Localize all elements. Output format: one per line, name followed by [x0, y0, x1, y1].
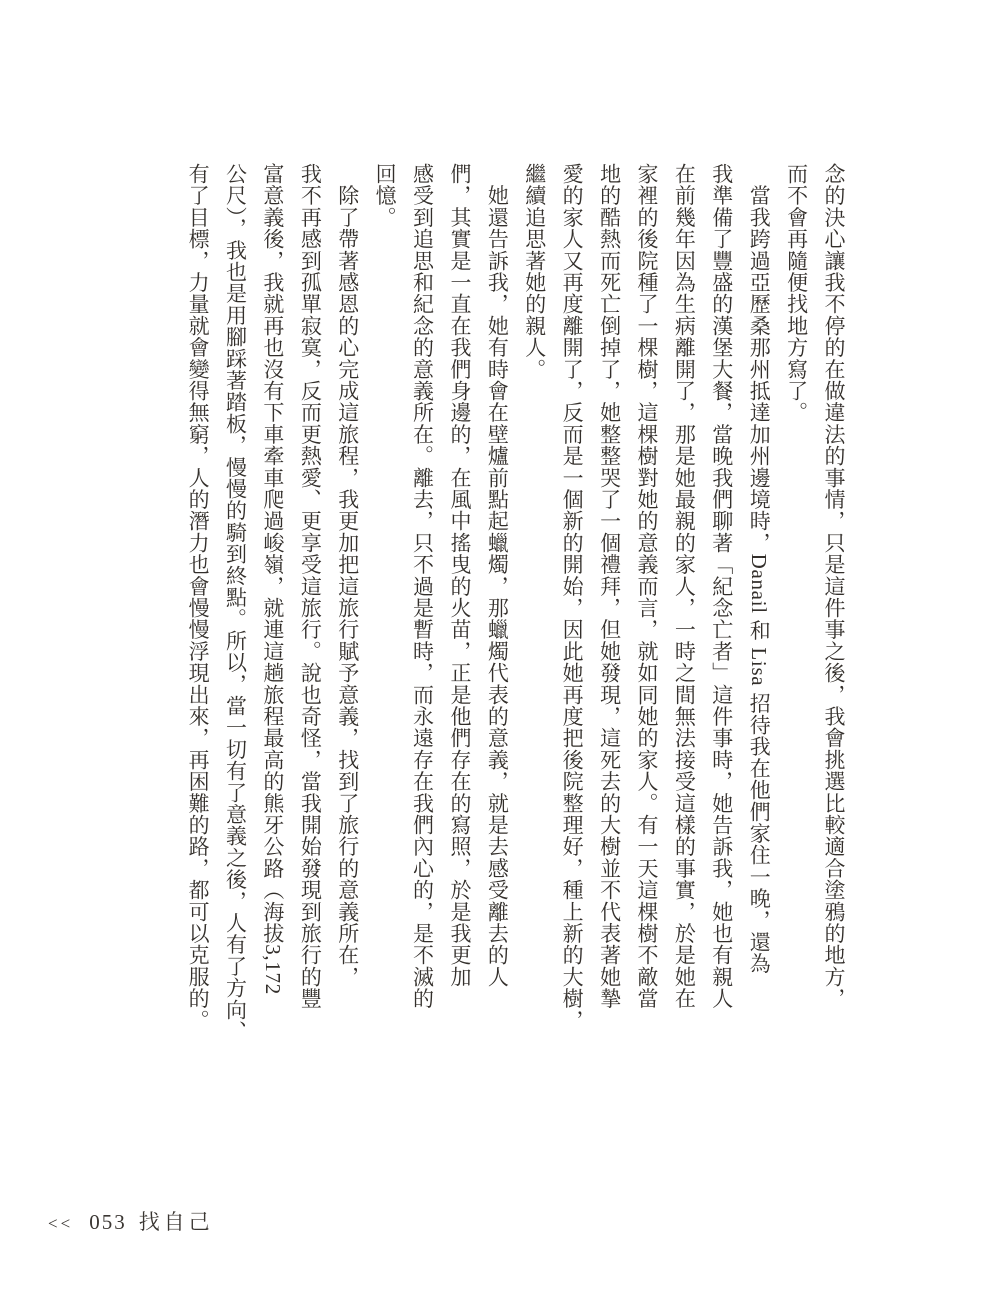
chapter-title: 找自己: [139, 1206, 214, 1236]
text-column: 念的決心讓我不停的在做違法的事情，只是這件事之後，我會挑選比較適合塗鴉的地方，: [815, 163, 852, 1068]
page-number: 053: [89, 1210, 127, 1235]
text-column: 而不會再隨便找地方寫了。: [777, 163, 814, 1068]
text-column: 有了目標，力量就會變得無窮，人的潛力也會慢慢浮現出來，再困難的路，都可以克服的。: [179, 163, 216, 1068]
text-column: 我準備了豐盛的漢堡大餐，當晚我們聊著「紀念亡者」這件事時，她告訴我，她也有親人: [702, 163, 739, 1068]
text-column: 回憶。: [366, 163, 403, 1068]
text-column: 公尺），我也是用腳踩著踏板，慢慢的騎到終點。所以，當一切有了意義之後，人有了方向…: [216, 163, 253, 1068]
text-column: 除了帶著感恩的心完成這旅程，我更加把這旅行賦予意義，找到了旅行的意義所在，: [328, 163, 365, 1068]
page-direction-marker: <<: [48, 1214, 73, 1234]
text-column: 感受到追思和紀念的意義所在。離去，只不過是暫時，而永遠存在我們內心的，是不滅的: [403, 163, 440, 1068]
text-column: 地的酷熱而死亡倒掉了，她整整哭了一個禮拜，但她發現，這死去的大樹並不代表著她摯: [590, 163, 627, 1068]
text-column: 家裡的後院種了一棵樹，這棵樹對她的意義而言，就如同她的家人。有一天這棵樹不敵當: [628, 163, 665, 1068]
text-column: 們，其實是一直在我們身邊的，在風中搖曳的火苗，正是他們存在的寫照，於是我更加: [441, 163, 478, 1068]
text-column: 在前幾年因為生病離開了，那是她最親的家人，一時之間無法接受這樣的事實，於是她在: [665, 163, 702, 1068]
text-column: 繼續追思著她的親人。: [515, 163, 552, 1068]
text-column: 當我跨過亞歷桑那州抵達加州邊境時，Danail 和 Lisa 招待我在他們家住一…: [740, 163, 777, 1068]
text-column: 愛的家人又再度離開了，反而是一個新的開始，因此她再度把後院整理好，種上新的大樹，: [553, 163, 590, 1068]
text-column: 她還告訴我，她有時會在壁爐前點起蠟燭，那蠟燭代表的意義，就是去感受離去的人: [478, 163, 515, 1068]
text-column: 富意義後，我就再也沒有下車牽車爬過峻嶺，就連這趟旅程最高的熊牙公路（海拔3,17…: [254, 163, 291, 1068]
book-page: 念的決心讓我不停的在做違法的事情，只是這件事之後，我會挑選比較適合塗鴉的地方， …: [0, 0, 1000, 1303]
page-footer: << 053 找自己: [48, 1206, 214, 1236]
text-column: 我不再感到孤單寂寞，反而更熱愛、更享受這旅行。說也奇怪，當我開始發現到旅行的豐: [291, 163, 328, 1068]
body-text: 念的決心讓我不停的在做違法的事情，只是這件事之後，我會挑選比較適合塗鴉的地方， …: [179, 163, 852, 1068]
